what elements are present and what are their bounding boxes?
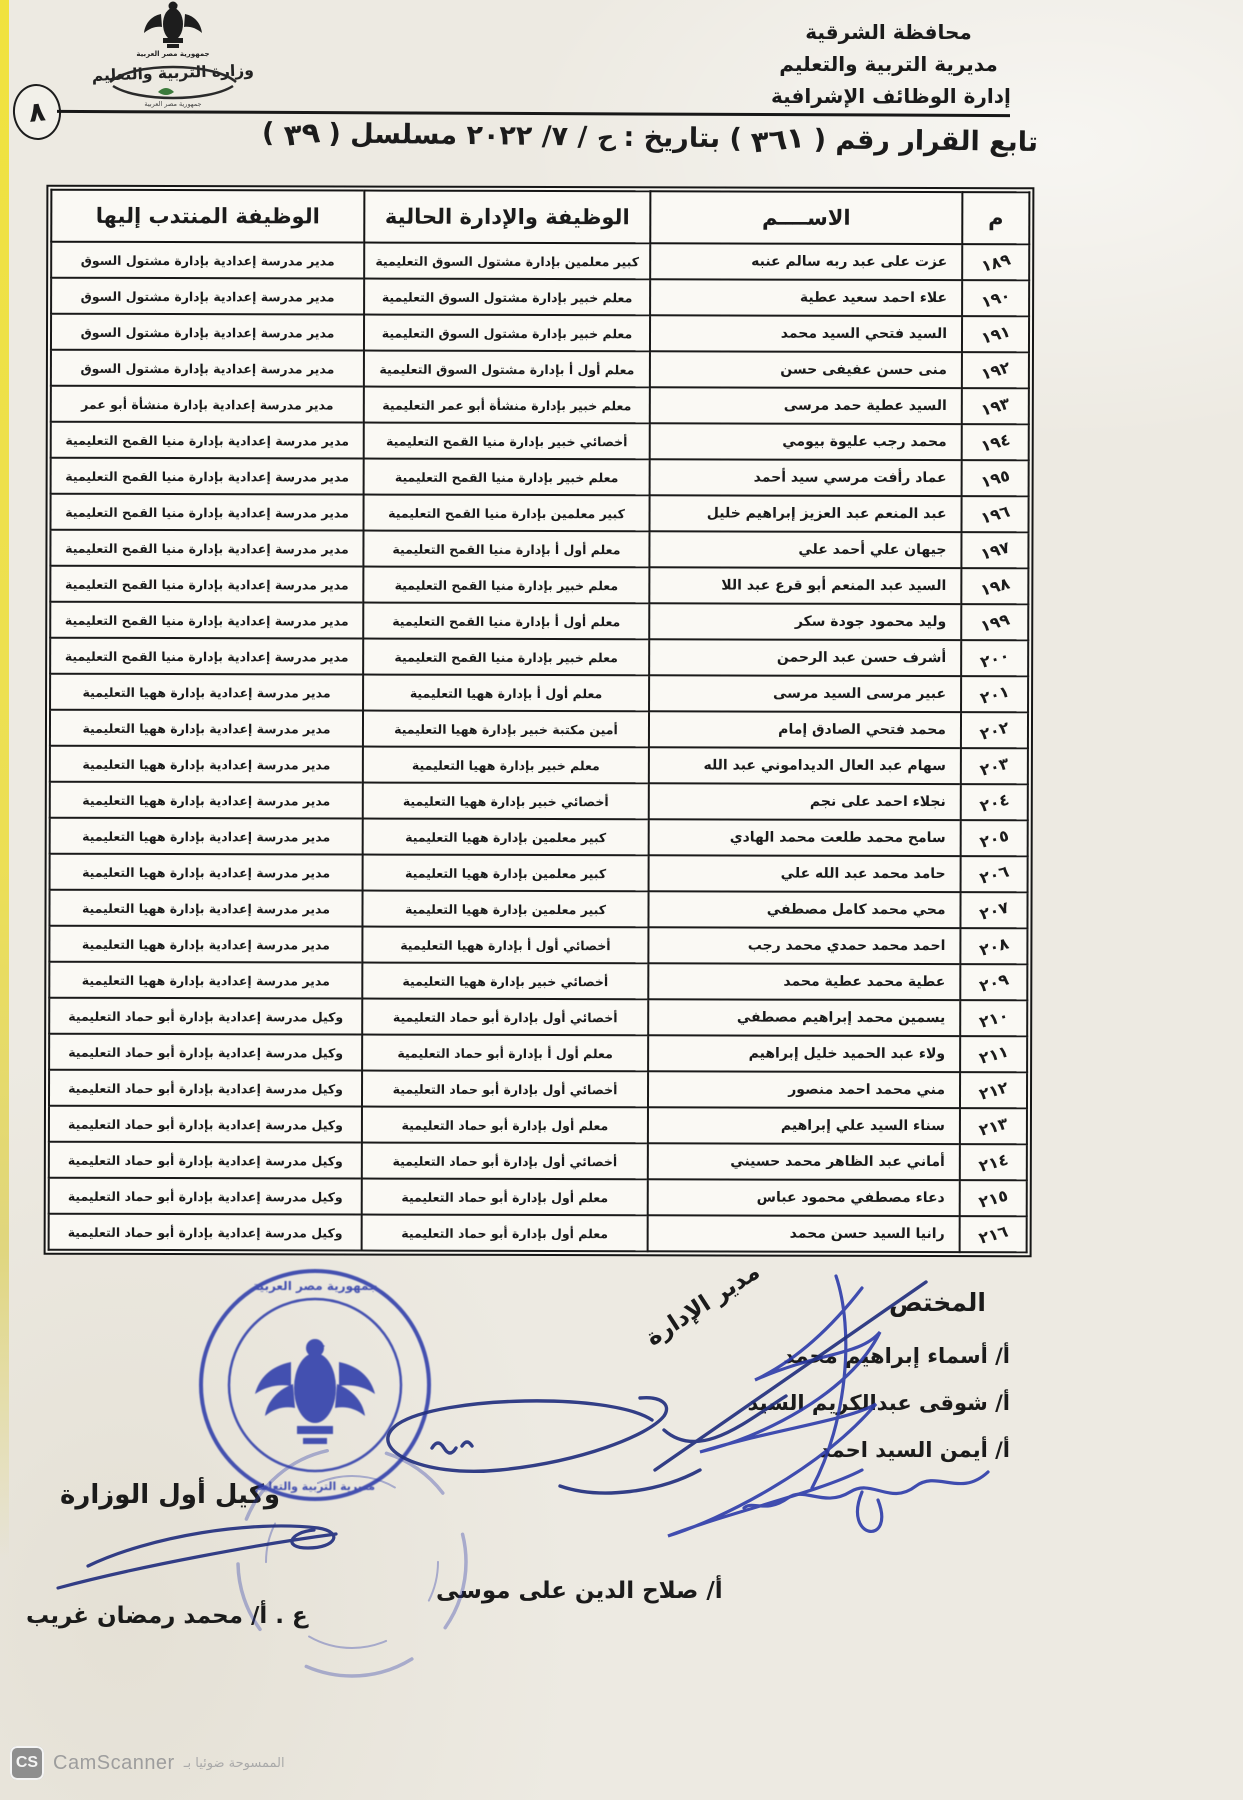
row-assigned-position: مدير مدرسة إعدادية بإدارة منيا القمح الت… [50, 494, 363, 531]
row-number-handwritten: ٢٠٥ [978, 825, 1011, 851]
row-name: جيهان علي أحمد علي [649, 531, 961, 568]
row-current-position: معلم خبير بإدارة مشتول السوق التعليمية [364, 315, 650, 352]
scanned-page: جمهورية مصر العربية وزارة التربية والتعل… [0, 0, 1243, 1800]
header-name: الاســــم [650, 191, 962, 244]
row-name: أشرف حسن عبد الرحمن [649, 639, 961, 676]
row-name: منى حسن عفيفى حسن [650, 351, 962, 388]
row-assigned-position: مدير مدرسة إعدادية بإدارة منيا القمح الت… [50, 530, 363, 567]
row-number: ٢٠٢ [961, 712, 1028, 748]
row-number-handwritten: ٢٠٩ [977, 969, 1010, 995]
letterhead: محافظة الشرقية مديرية التربية والتعليم إ… [771, 16, 1006, 112]
row-number-handwritten: ٢١٠ [977, 1005, 1010, 1031]
row-current-position: أخصائي خبير بإدارة ههيا التعليمية [362, 963, 648, 1000]
row-name: عبير مرسى السيد مرسى [649, 675, 961, 712]
row-number: ٢٠٤ [961, 784, 1028, 820]
table-row: ٢١١ولاء عبد الحميد خليل إبراهيممعلم أول … [49, 1034, 1027, 1073]
table-row: ٢٠١عبير مرسى السيد مرسىمعلم أول أ بإدارة… [50, 674, 1028, 713]
header-serial: م [962, 192, 1029, 244]
row-number: ١٩٧ [961, 532, 1028, 568]
stamp-eagle-icon [255, 1339, 375, 1444]
row-current-position: أخصائي أول بإدارة أبو حماد التعليمية [362, 1143, 648, 1180]
row-current-position: معلم خبير بإدارة ههيا التعليمية [363, 747, 649, 784]
table-row: ٢١٢مني محمد احمد منصورأخصائي أول بإدارة … [49, 1070, 1027, 1109]
row-number: ٢١٠ [960, 1000, 1027, 1036]
row-number: ١٩٤ [962, 424, 1029, 460]
row-name: احمد محمد حمدي محمد رجب [648, 927, 960, 964]
row-number-handwritten: ١٩٢ [979, 357, 1012, 383]
table-header-row: م الاســــم الوظيفة والإدارة الحالية الو… [51, 190, 1029, 245]
row-name: رانيا السيد حسن محمد [648, 1215, 960, 1252]
table-row: ٢٠٥سامح محمد طلعت محمد الهاديكبير معلمين… [50, 818, 1028, 857]
row-number: ١٩١ [962, 316, 1029, 352]
table-row: ٢٠٤نجلاء احمد على نجمأخصائي خبير بإدارة … [50, 782, 1028, 821]
row-number: ١٩٩ [961, 604, 1028, 640]
row-current-position: كبير معلمين بإدارة مشتول السوق التعليمية [364, 243, 650, 280]
table-row: ٢٠٩عطية محمد عطية محمدأخصائي خبير بإدارة… [49, 962, 1027, 1001]
director-name: أ/ صلاح الدين على موسى [436, 1578, 723, 1604]
row-number: ٢٠٨ [960, 928, 1027, 964]
row-current-position: كبير معلمين بإدارة ههيا التعليمية [363, 819, 649, 856]
table-row: ٢٠٣سهام عبد العال الديداموني عبد اللهمعل… [50, 746, 1028, 785]
row-assigned-position: مدير مدرسة إعدادية بإدارة مشتول السوق [51, 350, 364, 387]
row-current-position: معلم أول أ بإدارة ههيا التعليمية [363, 675, 649, 712]
row-assigned-position: مدير مدرسة إعدادية بإدارة ههيا التعليمية [49, 926, 362, 963]
row-name: عطية محمد عطية محمد [648, 963, 960, 1000]
table-row: ٢١٦رانيا السيد حسن محمدمعلم أول بإدارة أ… [49, 1214, 1027, 1253]
eagle-icon [144, 2, 202, 49]
row-assigned-position: مدير مدرسة إعدادية بإدارة ههيا التعليمية [50, 746, 363, 783]
stamp-bottom-text: مديرية التربية والتعليم [255, 1480, 375, 1493]
row-name: السيد عبد المنعم أبو قرع عبد اللا [649, 567, 961, 604]
row-number: ٢١١ [960, 1036, 1027, 1072]
row-current-position: أخصائي خبير بإدارة منيا القمح التعليمية [364, 423, 650, 460]
row-number-handwritten: ٢٠٢ [978, 717, 1011, 743]
undersecretary-signature [58, 1526, 336, 1588]
row-assigned-position: مدير مدرسة إعدادية بإدارة ههيا التعليمية [49, 962, 362, 999]
row-assigned-position: وكيل مدرسة إعدادية بإدارة أبو حماد التعل… [49, 1034, 362, 1071]
row-number-handwritten: ١٩٦ [978, 501, 1011, 527]
table-row: ٢٠٨احمد محمد حمدي محمد رجبأخصائي أول أ ب… [49, 926, 1027, 965]
assignment-table: م الاســــم الوظيفة والإدارة الحالية الو… [48, 189, 1031, 1254]
decree-day-handwritten: ح [595, 123, 617, 153]
row-name: عبد المنعم عبد العزيز إبراهيم خليل [649, 495, 961, 532]
row-current-position: كبير معلمين بإدارة ههيا التعليمية [363, 855, 649, 892]
svg-text:جمهورية مصر العربية: جمهورية مصر العربية [144, 100, 201, 108]
row-number-handwritten: ٢١٤ [977, 1149, 1010, 1175]
row-current-position: معلم أول بإدارة أبو حماد التعليمية [362, 1179, 648, 1216]
row-assigned-position: وكيل مدرسة إعدادية بإدارة أبو حماد التعل… [49, 998, 362, 1035]
row-assigned-position: مدير مدرسة إعدادية بإدارة منيا القمح الت… [51, 422, 364, 459]
row-number-handwritten: ١٩٤ [979, 429, 1012, 455]
table-row: ١٩٢منى حسن عفيفى حسنمعلم أول أ بإدارة مش… [51, 350, 1029, 389]
row-current-position: كبير معلمين بإدارة منيا القمح التعليمية [363, 495, 649, 532]
row-name: سامح محمد طلعت محمد الهادي [649, 819, 961, 856]
table-row: ٢٠٠أشرف حسن عبد الرحمنمعلم خبير بإدارة م… [50, 638, 1028, 677]
row-name: علاء احمد سعيد عطية [650, 279, 962, 316]
row-number: ٢٠٩ [960, 964, 1027, 1000]
row-number: ٢١٣ [960, 1108, 1027, 1144]
row-number-handwritten: ٢٠٣ [978, 753, 1011, 779]
row-assigned-position: وكيل مدرسة إعدادية بإدارة أبو حماد التعل… [49, 1214, 362, 1251]
row-number-handwritten: ١٨٩ [979, 249, 1012, 275]
undersecretary-name: ع . أ/ محمد رمضان غريب [26, 1603, 308, 1629]
row-current-position: أخصائي أول أ بإدارة ههيا التعليمية [362, 927, 648, 964]
row-assigned-position: مدير مدرسة إعدادية بإدارة مشتول السوق [51, 278, 364, 315]
table-row: ١٩٤محمد رجب عليوة بيوميأخصائي خبير بإدار… [51, 422, 1029, 461]
serial-number-handwritten: ٣٩ [282, 115, 321, 153]
table-row: ٢١٠يسمين محمد إبراهيم مصطفيأخصائي أول بإ… [49, 998, 1027, 1037]
row-number: ٢٠٧ [960, 892, 1027, 928]
row-number-handwritten: ١٩٠ [979, 285, 1012, 311]
row-current-position: أخصائي أول بإدارة أبو حماد التعليمية [362, 999, 648, 1036]
table-row: ١٩٧جيهان علي أحمد عليمعلم أول أ بإدارة م… [50, 530, 1028, 569]
table-row: ٢٠٢محمد فتحي الصادق إمامأمين مكتبة خبير … [50, 710, 1028, 749]
title-text: ) بتاريخ : [623, 122, 742, 154]
row-number: ١٨٩ [962, 244, 1029, 280]
row-number-handwritten: ٢١٦ [976, 1221, 1009, 1247]
row-number: ٢٠٥ [961, 820, 1028, 856]
row-number: ٢٠٠ [961, 640, 1028, 676]
row-name: محمد فتحي الصادق إمام [649, 711, 961, 748]
title-text: ) [262, 118, 275, 149]
stamp-top-text: جمهورية مصر العربية [252, 1279, 377, 1294]
row-current-position: معلم أول أ بإدارة منيا القمح التعليمية [363, 531, 649, 568]
row-current-position: معلم أول أ بإدارة منيا القمح التعليمية [363, 603, 649, 640]
row-assigned-position: مدير مدرسة إعدادية بإدارة ههيا التعليمية [50, 782, 363, 819]
logo-text: وزارة التربية والتعليم [92, 61, 255, 85]
row-number: ١٩٨ [961, 568, 1028, 604]
title-text: تابع القرار رقم ( [814, 124, 1039, 158]
row-number: ٢١٤ [960, 1144, 1027, 1180]
row-name: مني محمد احمد منصور [648, 1071, 960, 1108]
row-name: حامد محمد عبد الله علي [649, 855, 961, 892]
camscanner-watermark: CS CamScanner الممسوحة ضوئيا بـ [10, 1746, 285, 1780]
table-row: ٢١٥دعاء مصطفي محمود عباسمعلم أول بإدارة … [49, 1178, 1027, 1217]
specialist-name: أ/ شوقى عبدالكريم السيد [690, 1380, 1010, 1427]
row-number-handwritten: ١٩٧ [978, 537, 1011, 563]
row-assigned-position: مدير مدرسة إعدادية بإدارة منيا القمح الت… [50, 566, 363, 603]
row-current-position: أمين مكتبة خبير بإدارة ههيا التعليمية [363, 711, 649, 748]
row-name: سناء السيد علي إبراهيم [648, 1107, 960, 1144]
row-assigned-position: وكيل مدرسة إعدادية بإدارة أبو حماد التعل… [49, 1142, 362, 1179]
specialist-block: المختص أ/ أسماء إبراهيم محمد أ/ شوقى عبد… [690, 1288, 1010, 1474]
row-current-position: كبير معلمين بإدارة ههيا التعليمية [362, 891, 648, 928]
row-assigned-position: مدير مدرسة إعدادية بإدارة ههيا التعليمية [50, 854, 363, 891]
table-row: ١٩٦عبد المنعم عبد العزيز إبراهيم خليلكبي… [50, 494, 1028, 533]
row-number: ١٩٠ [962, 280, 1029, 316]
letterhead-administration: إدارة الوظائف الإشرافية [771, 80, 1006, 112]
row-assigned-position: مدير مدرسة إعدادية بإدارة ههيا التعليمية [50, 710, 363, 747]
row-assigned-position: وكيل مدرسة إعدادية بإدارة أبو حماد التعل… [49, 1178, 362, 1215]
table-body: ١٨٩عزت على عبد ربه سالم عنبهكبير معلمين … [49, 242, 1030, 1253]
row-name: يسمين محمد إبراهيم مصطفي [648, 999, 960, 1036]
table-row: ١٩٥عماد رأفت مرسي سيد أحمدمعلم خبير بإدا… [51, 458, 1029, 497]
row-number-handwritten: ٢٠٨ [977, 933, 1010, 959]
row-assigned-position: مدير مدرسة إعدادية بإدارة مشتول السوق [51, 242, 364, 279]
row-current-position: أخصائي خبير بإدارة ههيا التعليمية [363, 783, 649, 820]
row-assigned-position: مدير مدرسة إعدادية بإدارة ههيا التعليمية [49, 890, 362, 927]
table-row: ١٩٣السيد عطية حمد مرسىمعلم خبير بإدارة م… [51, 386, 1029, 425]
specialist-name: أ/ أسماء إبراهيم محمد [690, 1333, 1010, 1380]
ministry-logo: جمهورية مصر العربية وزارة التربية والتعل… [88, 0, 258, 116]
row-current-position: معلم أول بإدارة أبو حماد التعليمية [362, 1215, 648, 1252]
row-number: ٢١٦ [960, 1216, 1027, 1252]
row-current-position: معلم أول أ بإدارة أبو حماد التعليمية [362, 1035, 648, 1072]
row-assigned-position: مدير مدرسة إعدادية بإدارة منيا القمح الت… [50, 602, 363, 639]
row-current-position: معلم خبير بإدارة مشتول السوق التعليمية [364, 279, 650, 316]
header-current-position: الوظيفة والإدارة الحالية [364, 191, 650, 244]
row-current-position: معلم خبير بإدارة منيا القمح التعليمية [363, 567, 649, 604]
row-name: ولاء عبد الحميد خليل إبراهيم [648, 1035, 960, 1072]
row-number-handwritten: ١٩٥ [978, 465, 1011, 491]
row-name: عزت على عبد ربه سالم عنبه [650, 243, 962, 280]
table-row: ١٨٩عزت على عبد ربه سالم عنبهكبير معلمين … [51, 242, 1029, 281]
official-stamp: جمهورية مصر العربية مديرية التربية والتع… [193, 1258, 437, 1510]
specialist-name: أ/ أيمن السيد احمد [690, 1427, 1010, 1474]
row-assigned-position: مدير مدرسة إعدادية بإدارة ههيا التعليمية [50, 818, 363, 855]
row-current-position: معلم خبير بإدارة منشأة أبو عمر التعليمية [364, 387, 650, 424]
row-name: أماني عبد الظاهر محمد حسيني [648, 1143, 960, 1180]
logo-calligraphy: جمهورية مصر العربية وزارة التربية والتعل… [92, 50, 255, 108]
letterhead-governorate: محافظة الشرقية [771, 16, 1006, 48]
row-number: ١٩٦ [961, 496, 1028, 532]
decree-title: تابع القرار رقم ( ٣٦١ ) بتاريخ : ح / ٧/ … [133, 113, 1038, 158]
row-number-handwritten: ١٩٨ [978, 573, 1011, 599]
table-row: ١٩٠علاء احمد سعيد عطيةمعلم خبير بإدارة م… [51, 278, 1029, 317]
table-row: ١٩٨السيد عبد المنعم أبو قرع عبد اللامعلم… [50, 566, 1028, 605]
row-current-position: معلم أول بإدارة أبو حماد التعليمية [362, 1107, 648, 1144]
row-assigned-position: وكيل مدرسة إعدادية بإدارة أبو حماد التعل… [49, 1106, 362, 1143]
row-number-handwritten: ٢٠٧ [977, 897, 1010, 923]
row-assigned-position: مدير مدرسة إعدادية بإدارة منشأة أبو عمر [51, 386, 364, 423]
page-number-badge: ٨ [10, 82, 64, 143]
row-number-handwritten: ٢١٥ [977, 1185, 1010, 1211]
scan-edge-strip [0, 0, 9, 1560]
camscanner-text: CamScanner [53, 1752, 175, 1775]
row-current-position: معلم أول أ بإدارة مشتول السوق التعليمية [364, 351, 650, 388]
table-row: ٢٠٦حامد محمد عبد الله عليكبير معلمين بإد… [50, 854, 1028, 893]
row-number-handwritten: ٢١١ [977, 1041, 1010, 1067]
row-assigned-position: مدير مدرسة إعدادية بإدارة منيا القمح الت… [50, 638, 363, 675]
assignment-table-wrap: م الاســــم الوظيفة والإدارة الحالية الو… [44, 185, 1035, 1258]
row-number-handwritten: ٢١٢ [977, 1077, 1010, 1103]
header-assigned-position: الوظيفة المنتدب إليها [51, 190, 364, 243]
table-row: ٢١٤أماني عبد الظاهر محمد حسينيأخصائي أول… [49, 1142, 1027, 1181]
row-assigned-position: مدير مدرسة إعدادية بإدارة مشتول السوق [51, 314, 364, 351]
row-name: محي محمد كامل مصطفي [648, 891, 960, 928]
row-current-position: أخصائي أول بإدارة أبو حماد التعليمية [362, 1071, 648, 1108]
row-number-handwritten: ١٩٩ [978, 609, 1011, 635]
row-number: ٢٠١ [961, 676, 1028, 712]
row-name: عماد رأفت مرسي سيد أحمد [650, 459, 962, 496]
row-name: وليد محمود جودة سكر [649, 603, 961, 640]
row-number: ١٩٣ [962, 388, 1029, 424]
row-assigned-position: مدير مدرسة إعدادية بإدارة ههيا التعليمية [50, 674, 363, 711]
row-number: ٢٠٦ [961, 856, 1028, 892]
table-row: ١٩٩وليد محمود جودة سكرمعلم أول أ بإدارة … [50, 602, 1028, 641]
title-text: / ٧/ ٢٠٢٢ مسلسل ( [328, 118, 587, 152]
row-name: نجلاء احمد على نجم [649, 783, 961, 820]
row-number: ٢٠٣ [961, 748, 1028, 784]
camscanner-icon: CS [10, 1746, 44, 1780]
table-row: ٢٠٧محي محمد كامل مصطفيكبير معلمين بإدارة… [49, 890, 1027, 929]
row-number: ٢١٥ [960, 1180, 1027, 1216]
row-current-position: معلم خبير بإدارة منيا القمح التعليمية [363, 639, 649, 676]
camscanner-arabic-text: الممسوحة ضوئيا بـ [184, 1756, 285, 1771]
row-name: محمد رجب عليوة بيومي [650, 423, 962, 460]
row-current-position: معلم خبير بإدارة منيا القمح التعليمية [364, 459, 650, 496]
row-number-handwritten: ١٩٣ [979, 393, 1012, 419]
row-number: ٢١٢ [960, 1072, 1027, 1108]
row-number: ١٩٥ [962, 460, 1029, 496]
letterhead-directorate: مديرية التربية والتعليم [771, 48, 1006, 80]
row-number-handwritten: ٢٠٤ [978, 789, 1011, 815]
row-number-handwritten: ١٩١ [979, 321, 1012, 347]
row-number-handwritten: ٢٠٠ [978, 645, 1011, 671]
table-row: ٢١٣سناء السيد علي إبراهيممعلم أول بإدارة… [49, 1106, 1027, 1145]
row-name: سهام عبد العال الديداموني عبد الله [649, 747, 961, 784]
row-name: السيد عطية حمد مرسى [650, 387, 962, 424]
row-name: السيد فتحي السيد محمد [650, 315, 962, 352]
row-assigned-position: مدير مدرسة إعدادية بإدارة منيا القمح الت… [51, 458, 364, 495]
row-number-handwritten: ٢٠١ [978, 681, 1011, 707]
row-assigned-position: وكيل مدرسة إعدادية بإدارة أبو حماد التعل… [49, 1070, 362, 1107]
row-number: ١٩٢ [962, 352, 1029, 388]
row-name: دعاء مصطفي محمود عباس [648, 1179, 960, 1216]
row-number-handwritten: ٢١٣ [977, 1113, 1010, 1139]
logo-subtext: جمهورية مصر العربية [136, 50, 209, 58]
table-row: ١٩١السيد فتحي السيد محمدمعلم خبير بإدارة… [51, 314, 1029, 353]
row-number-handwritten: ٢٠٦ [977, 861, 1010, 887]
decree-number-handwritten: ٣٦١ [750, 120, 807, 160]
